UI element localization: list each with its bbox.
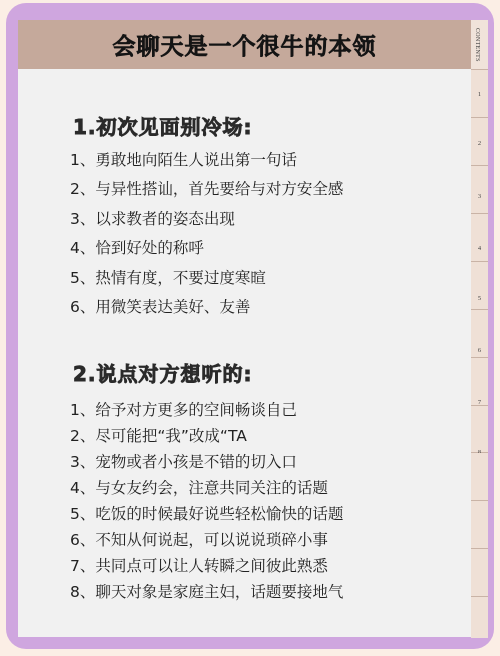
tab-contents-label: CONTENTS [474,28,480,62]
list-item: 6、不知从何说起，可以说说琐碎小事 [70,527,343,553]
tab-4[interactable]: 4 [471,214,488,262]
section-heading-say-what-they-want: 2.说点对方想听的: [73,358,253,387]
list-item: 5、热情有度，不要过度寒暄 [70,264,343,293]
list-item: 4、与女友约会，注意共同关注的话题 [70,475,343,501]
list-item: 7、共同点可以让人转瞬之间彼此熟悉 [70,553,343,579]
tab-blank [471,597,488,638]
section-heading-first-meeting: 1.初次见面别冷场: [73,111,253,140]
list-item: 3、以求教者的姿态出现 [70,205,343,234]
page-title: 会聊天是一个很牛的本领 [113,28,377,61]
tab-3[interactable]: 3 [471,166,488,214]
list-item: 2、与异性搭讪，首先要给与对方安全感 [70,175,343,204]
list-item: 5、吃饭的时候最好说些轻松愉快的话题 [70,501,343,527]
list-item: 4、恰到好处的称呼 [70,234,343,263]
tab-contents[interactable]: CONTENTS [471,20,488,70]
tab-1[interactable]: 1 [471,70,488,118]
page-header: 会聊天是一个很牛的本领 [18,20,471,69]
first-meeting-list: 1、勇敢地向陌生人说出第一句话 2、与异性搭讪，首先要给与对方安全感 3、以求教… [70,146,343,322]
say-what-they-want-list: 1、给予对方更多的空间畅谈自己 2、尽可能把“我”改成“TA 3、宠物或者小孩是… [70,397,343,605]
tab-6[interactable]: 6 [471,310,488,358]
list-item: 1、勇敢地向陌生人说出第一句话 [70,146,343,175]
notebook-page: 会聊天是一个很牛的本领 1.初次见面别冷场: 1、勇敢地向陌生人说出第一句话 2… [18,20,471,637]
tab-10[interactable]: 10 [471,501,488,549]
tab-9[interactable]: 9 [471,453,488,501]
tab-2[interactable]: 2 [471,118,488,166]
list-item: 6、用微笑表达美好、友善 [70,293,343,322]
list-item: 2、尽可能把“我”改成“TA [70,423,343,449]
list-item: 8、聊天对象是家庭主妇，话题要接地气 [70,579,343,605]
index-tab-strip: CONTENTS 1 2 3 4 5 6 7 8 9 10 11 [471,20,488,638]
tab-5[interactable]: 5 [471,262,488,310]
tab-7[interactable]: 7 [471,358,488,406]
list-item: 3、宠物或者小孩是不错的切入口 [70,449,343,475]
list-item: 1、给予对方更多的空间畅谈自己 [70,397,343,423]
tab-8[interactable]: 8 [471,406,488,453]
tab-11[interactable]: 11 [471,549,488,597]
